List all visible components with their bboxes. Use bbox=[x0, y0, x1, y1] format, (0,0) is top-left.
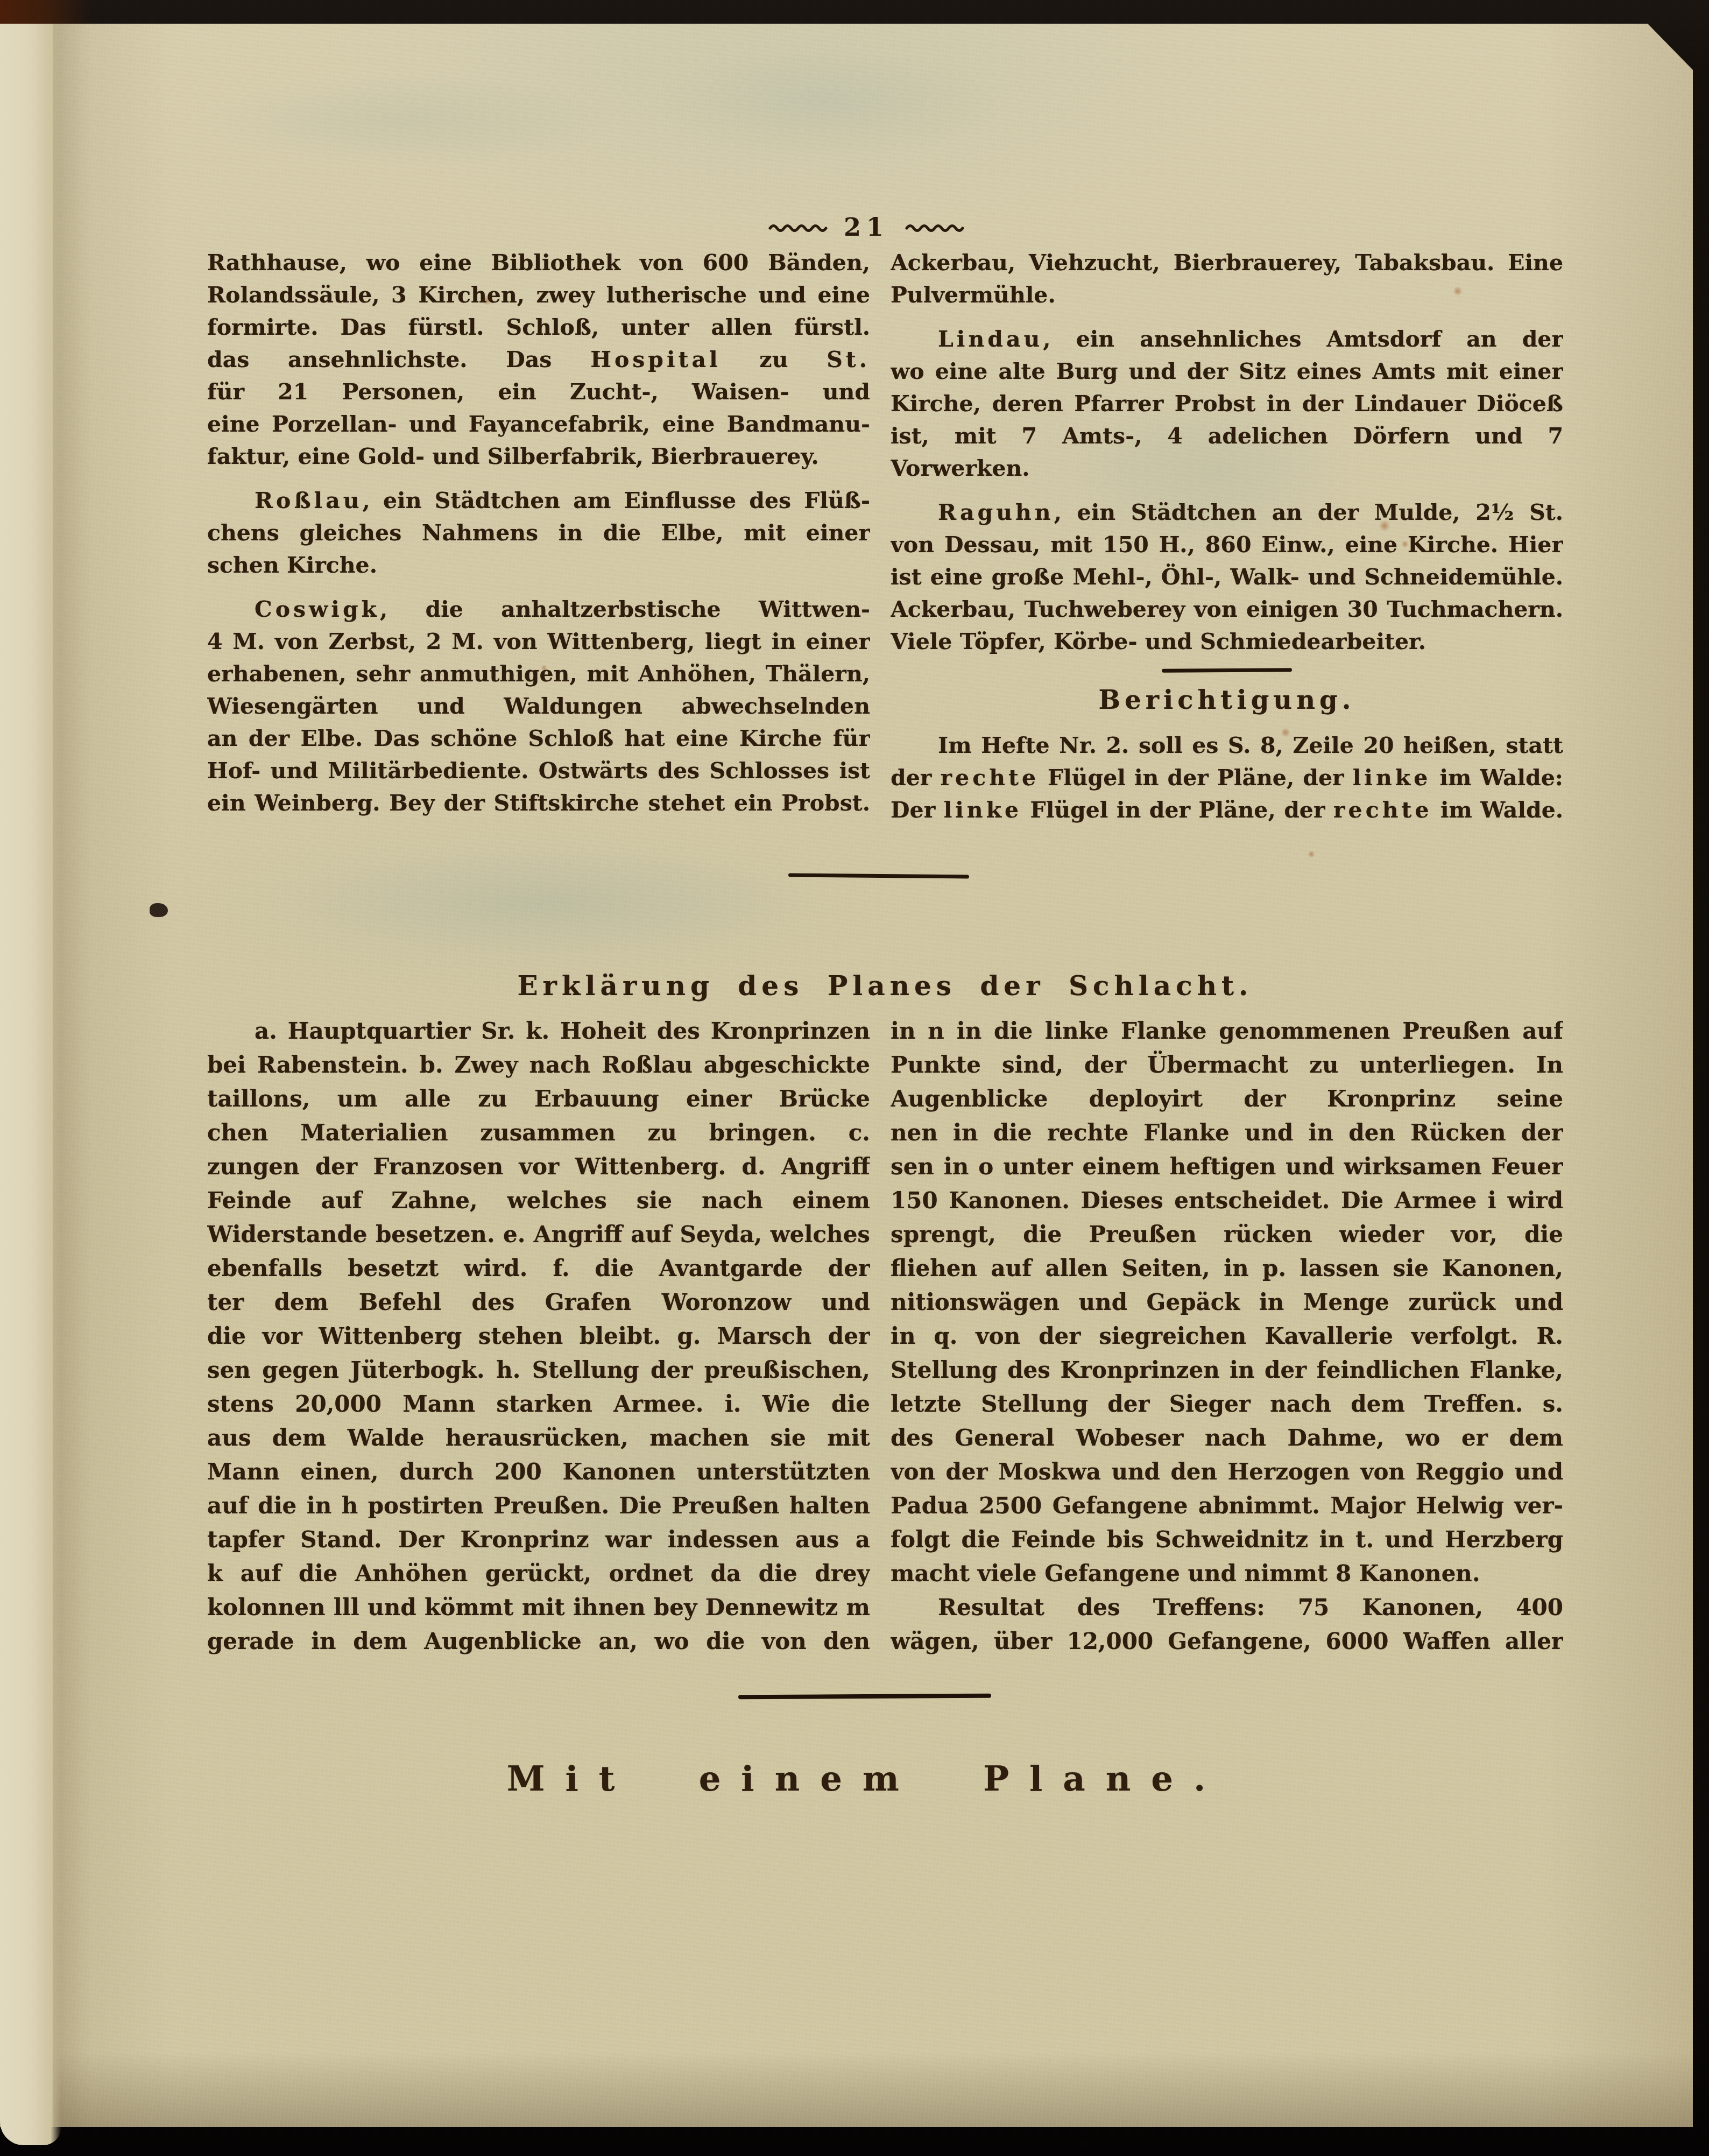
text-line: fliehen auf allen Seiten, in p. lassen s… bbox=[891, 1251, 1563, 1285]
text-line: macht viele Gefangene und nimmt 8 Kanone… bbox=[891, 1556, 1563, 1590]
text-line: Mann einen, durch 200 Kanonen unterstütz… bbox=[207, 1455, 870, 1489]
letterspaced-word: St. Augustin bbox=[207, 347, 870, 376]
page-header: 21 bbox=[716, 211, 1017, 243]
paragraph: Raguhn, ein Städtchen an der Mulde, 2½ S… bbox=[891, 496, 1563, 658]
column-left: a. Hauptquartier Sr. k. Hoheit des Kronp… bbox=[207, 1014, 870, 1658]
text-line: ist eine große Mehl-, Öhl-, Walk- und Sc… bbox=[891, 561, 1563, 593]
wavy-rule-right-icon bbox=[905, 222, 964, 232]
text-line: Hof- und Militärbediente. Ostwärts des S… bbox=[207, 755, 870, 787]
paragraph: Coswigk, die anhaltzerbstische Wittwen-R… bbox=[207, 593, 870, 819]
text-line: Rathhause, wo eine Bibliothek von 600 Bä… bbox=[207, 246, 870, 279]
text-line: Vorwerken. bbox=[891, 452, 1563, 484]
text-line: chens gleiches Nahmens in die Elbe, mit … bbox=[207, 517, 870, 549]
text-line: Wiesengärten und Waldungen abwechselnden… bbox=[207, 690, 870, 722]
text-line: aus dem Walde herausrücken, machen sie m… bbox=[207, 1421, 870, 1455]
text-line: ist, mit 7 Amts-, 4 adelichen Dörfern un… bbox=[891, 420, 1563, 452]
battle-plan-section: a. Hauptquartier Sr. k. Hoheit des Kronp… bbox=[207, 1014, 1563, 1658]
paragraph: a. Hauptquartier Sr. k. Hoheit des Kronp… bbox=[207, 1014, 870, 1658]
text-line: Im Hefte Nr. 2. soll es S. 8, Zeile 20 h… bbox=[891, 729, 1563, 762]
letterspaced-word: rechte bbox=[1333, 797, 1432, 823]
correction-heading: Berichtigung. bbox=[891, 685, 1563, 715]
text-line: eine Porzellan- und Fayancefabrik, eine … bbox=[207, 408, 870, 440]
text-line: Der linke Flügel in der Pläne, der recht… bbox=[891, 794, 1563, 826]
text-line: kolonnen lll und kömmt mit ihnen bey Den… bbox=[207, 1590, 870, 1624]
column-left: Rathhause, wo eine Bibliothek von 600 Bä… bbox=[207, 246, 870, 826]
text-line: des General Wobeser nach Dahme, wo er de… bbox=[891, 1421, 1563, 1455]
text-line: der rechte Flügel in der Pläne, der link… bbox=[891, 762, 1563, 794]
text-line: Pulvermühle. bbox=[891, 279, 1563, 311]
text-line: k auf die Anhöhen gerückt, ordnet da die… bbox=[207, 1556, 870, 1590]
text-line: folgt die Feinde bis Schweidnitz in t. u… bbox=[891, 1523, 1563, 1556]
text-line: Feinde auf Zahne, welches sie nach einem… bbox=[207, 1183, 870, 1217]
text-line: erhabenen, sehr anmuthigen, mit Anhöhen,… bbox=[207, 658, 870, 690]
text-line: Coswigk, die anhaltzerbstische Wittwen-R… bbox=[207, 593, 870, 625]
plate-note: Mit einem Plane. bbox=[204, 1759, 1528, 1799]
text-line: in n in die linke Flanke genommenen Preu… bbox=[891, 1014, 1563, 1048]
text-line: Ackerbau, Tuchweberey von einigen 30 Tuc… bbox=[891, 593, 1563, 625]
letterspaced-word: linke bbox=[944, 797, 1022, 823]
text-line: a. Hauptquartier Sr. k. Hoheit des Kronp… bbox=[207, 1014, 870, 1048]
text-line: Ackerbau, Viehzucht, Bierbrauerey, Tabak… bbox=[891, 246, 1563, 279]
text-line: von der Moskwa und den Herzogen von Regg… bbox=[891, 1455, 1563, 1489]
letterspaced-word: Coswigk bbox=[255, 596, 380, 622]
battle-plan-heading: Erklärung des Planes der Schlacht. bbox=[207, 970, 1563, 1002]
text-line: letzte Stellung der Sieger nach dem Tref… bbox=[891, 1387, 1563, 1421]
paragraph: Resultat des Treffens: 75 Kanonen, 400 M… bbox=[891, 1590, 1563, 1658]
text-line: bei Rabenstein. b. Zwey nach Roßlau abge… bbox=[207, 1048, 870, 1082]
paragraph: Lindau, ein ansehnliches Amtsdorf an der… bbox=[891, 323, 1563, 484]
text-line: faktur, eine Gold- und Silberfabrik, Bie… bbox=[207, 440, 870, 473]
page-number: 21 bbox=[844, 213, 889, 242]
text-line: sen in o unter einem heftigen und wirksa… bbox=[891, 1150, 1563, 1183]
text-line: Kirche, deren Pfarrer Probst in der Lind… bbox=[891, 387, 1563, 420]
text-line: Lindau, ein ansehnliches Amtsdorf an der… bbox=[891, 323, 1563, 355]
column-right: Ackerbau, Viehzucht, Bierbrauerey, Tabak… bbox=[891, 246, 1563, 826]
text-line: Rolandssäule, 3 Kirchen, zwey lutherisch… bbox=[207, 279, 870, 311]
letterspaced-word: Raguhn bbox=[938, 499, 1054, 525]
wavy-rule-left-icon bbox=[768, 222, 828, 232]
text-line: chen Materialien zusammen zu bringen. c.… bbox=[207, 1116, 870, 1150]
text-line: ebenfalls besetzt wird. f. die Avantgard… bbox=[207, 1251, 870, 1285]
text-line: das ansehnlichste. Das Hospital zu St. A… bbox=[207, 343, 870, 376]
text-line: auf die in h postirten Preußen. Die Preu… bbox=[207, 1489, 870, 1523]
text-line: Augenblicke deployirt der Kronprinz sein… bbox=[891, 1082, 1563, 1116]
text-line: 4 M. von Zerbst, 2 M. von Wittenberg, li… bbox=[207, 625, 870, 658]
text-line: taillons, um alle zu Erbauung einer Brüc… bbox=[207, 1082, 870, 1116]
page-edge-curl bbox=[0, 24, 61, 2145]
section-divider bbox=[1162, 668, 1292, 673]
letterspaced-word: rechte bbox=[940, 765, 1039, 791]
column-right-text: Ackerbau, Viehzucht, Bierbrauerey, Tabak… bbox=[891, 246, 1563, 658]
text-line: von Dessau, mit 150 H., 860 Einw., eine … bbox=[891, 529, 1563, 561]
text-line: stens 20,000 Mann starken Armee. i. Wie … bbox=[207, 1387, 870, 1421]
paragraph: in n in die linke Flanke genommenen Preu… bbox=[891, 1014, 1563, 1590]
text-line: zungen der Franzosen vor Wittenberg. d. … bbox=[207, 1150, 870, 1183]
text-line: Punkte sind, der Übermacht zu unterliege… bbox=[891, 1048, 1563, 1082]
text-line: ter dem Befehl des Grafen Woronzow und C… bbox=[207, 1285, 870, 1319]
text-line: formirte. Das fürstl. Schloß, unter alle… bbox=[207, 311, 870, 343]
text-line: wo eine alte Burg und der Sitz eines Amt… bbox=[891, 355, 1563, 387]
paragraph: Roßlau, ein Städtchen am Einflusse des F… bbox=[207, 484, 870, 581]
text-line: sen gegen Jüterbogk. h. Stellung der pre… bbox=[207, 1353, 870, 1387]
text-line: nitionswägen und Gepäck in Menge zurück … bbox=[891, 1285, 1563, 1319]
text-line: für 21 Personen, ein Zucht-, Waisen- und… bbox=[207, 376, 870, 408]
ink-blot bbox=[150, 903, 168, 917]
text-line: sprengt, die Preußen rücken wieder vor, … bbox=[891, 1217, 1563, 1251]
scanned-book-page: 21 Rathhause, wo eine Bibliothek von 600… bbox=[0, 0, 1709, 2156]
column-right: in n in die linke Flanke genommenen Preu… bbox=[891, 1014, 1563, 1658]
text-line: Widerstande besetzen. e. Angriff auf Sey… bbox=[207, 1217, 870, 1251]
text-line: schen Kirche. bbox=[207, 549, 870, 581]
text-line: 150 Kanonen. Dieses entscheidet. Die Arm… bbox=[891, 1183, 1563, 1217]
letterspaced-word: linke bbox=[1353, 765, 1431, 791]
text-line: die vor Wittenberg stehen bleibt. g. Mar… bbox=[207, 1319, 870, 1353]
text-line: Roßlau, ein Städtchen am Einflusse des F… bbox=[207, 484, 870, 517]
paragraph: Rathhause, wo eine Bibliothek von 600 Bä… bbox=[207, 246, 870, 473]
letterspaced-word: Roßlau bbox=[255, 488, 363, 513]
text-line: an der Elbe. Das schöne Schloß hat eine … bbox=[207, 722, 870, 755]
gazetteer-section: Rathhause, wo eine Bibliothek von 600 Bä… bbox=[207, 246, 1563, 826]
text-line: Stellung des Kronprinzen in der feindlic… bbox=[891, 1353, 1563, 1387]
page-fold-crease bbox=[53, 24, 99, 2127]
text-line: ein Weinberg. Bey der Stiftskirche stehe… bbox=[207, 787, 870, 819]
text-line: Resultat des Treffens: 75 Kanonen, 400 M… bbox=[891, 1590, 1563, 1624]
paragraph: Ackerbau, Viehzucht, Bierbrauerey, Tabak… bbox=[891, 246, 1563, 311]
text-line: in q. von der siegreichen Kavallerie ver… bbox=[891, 1319, 1563, 1353]
text-line: tapfer Stand. Der Kronprinz war indessen… bbox=[207, 1523, 870, 1556]
correction-text: Im Hefte Nr. 2. soll es S. 8, Zeile 20 h… bbox=[891, 729, 1563, 826]
text-line: Raguhn, ein Städtchen an der Mulde, 2½ S… bbox=[891, 496, 1563, 529]
letterspaced-word: Hospital bbox=[590, 347, 721, 372]
text-line: nen in die rechte Flanke und in den Rück… bbox=[891, 1116, 1563, 1150]
paragraph: Im Hefte Nr. 2. soll es S. 8, Zeile 20 h… bbox=[891, 729, 1563, 826]
letterspaced-word: Lindau bbox=[938, 326, 1043, 352]
text-line: Padua 2500 Gefangene abnimmt. Major Helw… bbox=[891, 1489, 1563, 1523]
text-line: Viele Töpfer, Körbe- und Schmiedearbeite… bbox=[891, 625, 1563, 658]
text-line: wägen, über 12,000 Gefangene, 6000 Waffe… bbox=[891, 1624, 1563, 1658]
text-line: gerade in dem Augenblicke an, wo die von… bbox=[207, 1624, 870, 1658]
